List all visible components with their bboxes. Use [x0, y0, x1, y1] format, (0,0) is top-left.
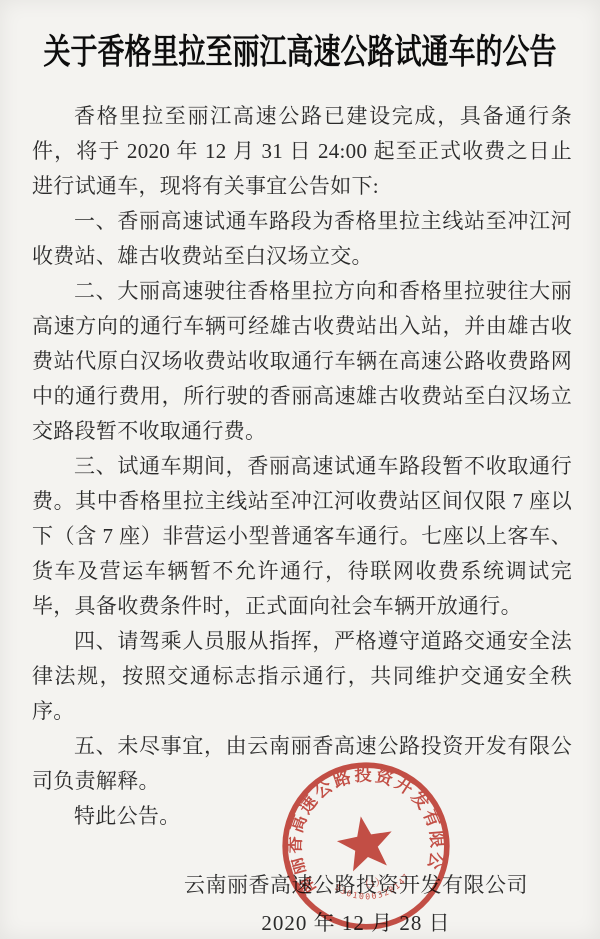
item-1-paragraph: 一、香丽高速试通车路段为香格里拉主线站至冲江河收费站、雄古收费站至白汉场立交。 — [32, 204, 572, 274]
item-5-paragraph: 五、未尽事宜，由云南丽香高速公路投资开发有限公司负责解释。 — [32, 729, 572, 799]
document-title-text: 关于香格里拉至丽江高速公路试通车的公告 — [44, 24, 557, 74]
intro-paragraph: 香格里拉至丽江高速公路已建设完成，具备通行条件，将于 2020 年 12 月 3… — [32, 99, 572, 204]
signature-date: 2020 年 12 月 28 日 — [184, 904, 528, 939]
item-4-paragraph: 四、请驾乘人员服从指挥，严格遵守道路交通安全法律法规，按照交通标志指示通行，共同… — [32, 624, 572, 729]
signature-block: 云南丽香高速公路投资开发有限公司 2020 年 12 月 28 日 — [184, 866, 528, 939]
document-title: 关于香格里拉至丽江高速公路试通车的公告 — [0, 24, 600, 63]
signature-company: 云南丽香高速公路投资开发有限公司 — [184, 866, 528, 904]
announcement-page: 关于香格里拉至丽江高速公路试通车的公告 香格里拉至丽江高速公路已建设完成，具备通… — [0, 0, 600, 939]
item-2-paragraph: 二、大丽高速驶往香格里拉方向和香格里拉驶往大丽高速方向的通行车辆可经雄古收费站出… — [32, 274, 572, 449]
closing-line: 特此公告。 — [32, 799, 572, 834]
document-body: 香格里拉至丽江高速公路已建设完成，具备通行条件，将于 2020 年 12 月 3… — [32, 99, 572, 834]
item-3-paragraph: 三、试通车期间，香丽高速试通车路段暂不收取通行费。其中香格里拉主线站至冲江河收费… — [32, 449, 572, 624]
